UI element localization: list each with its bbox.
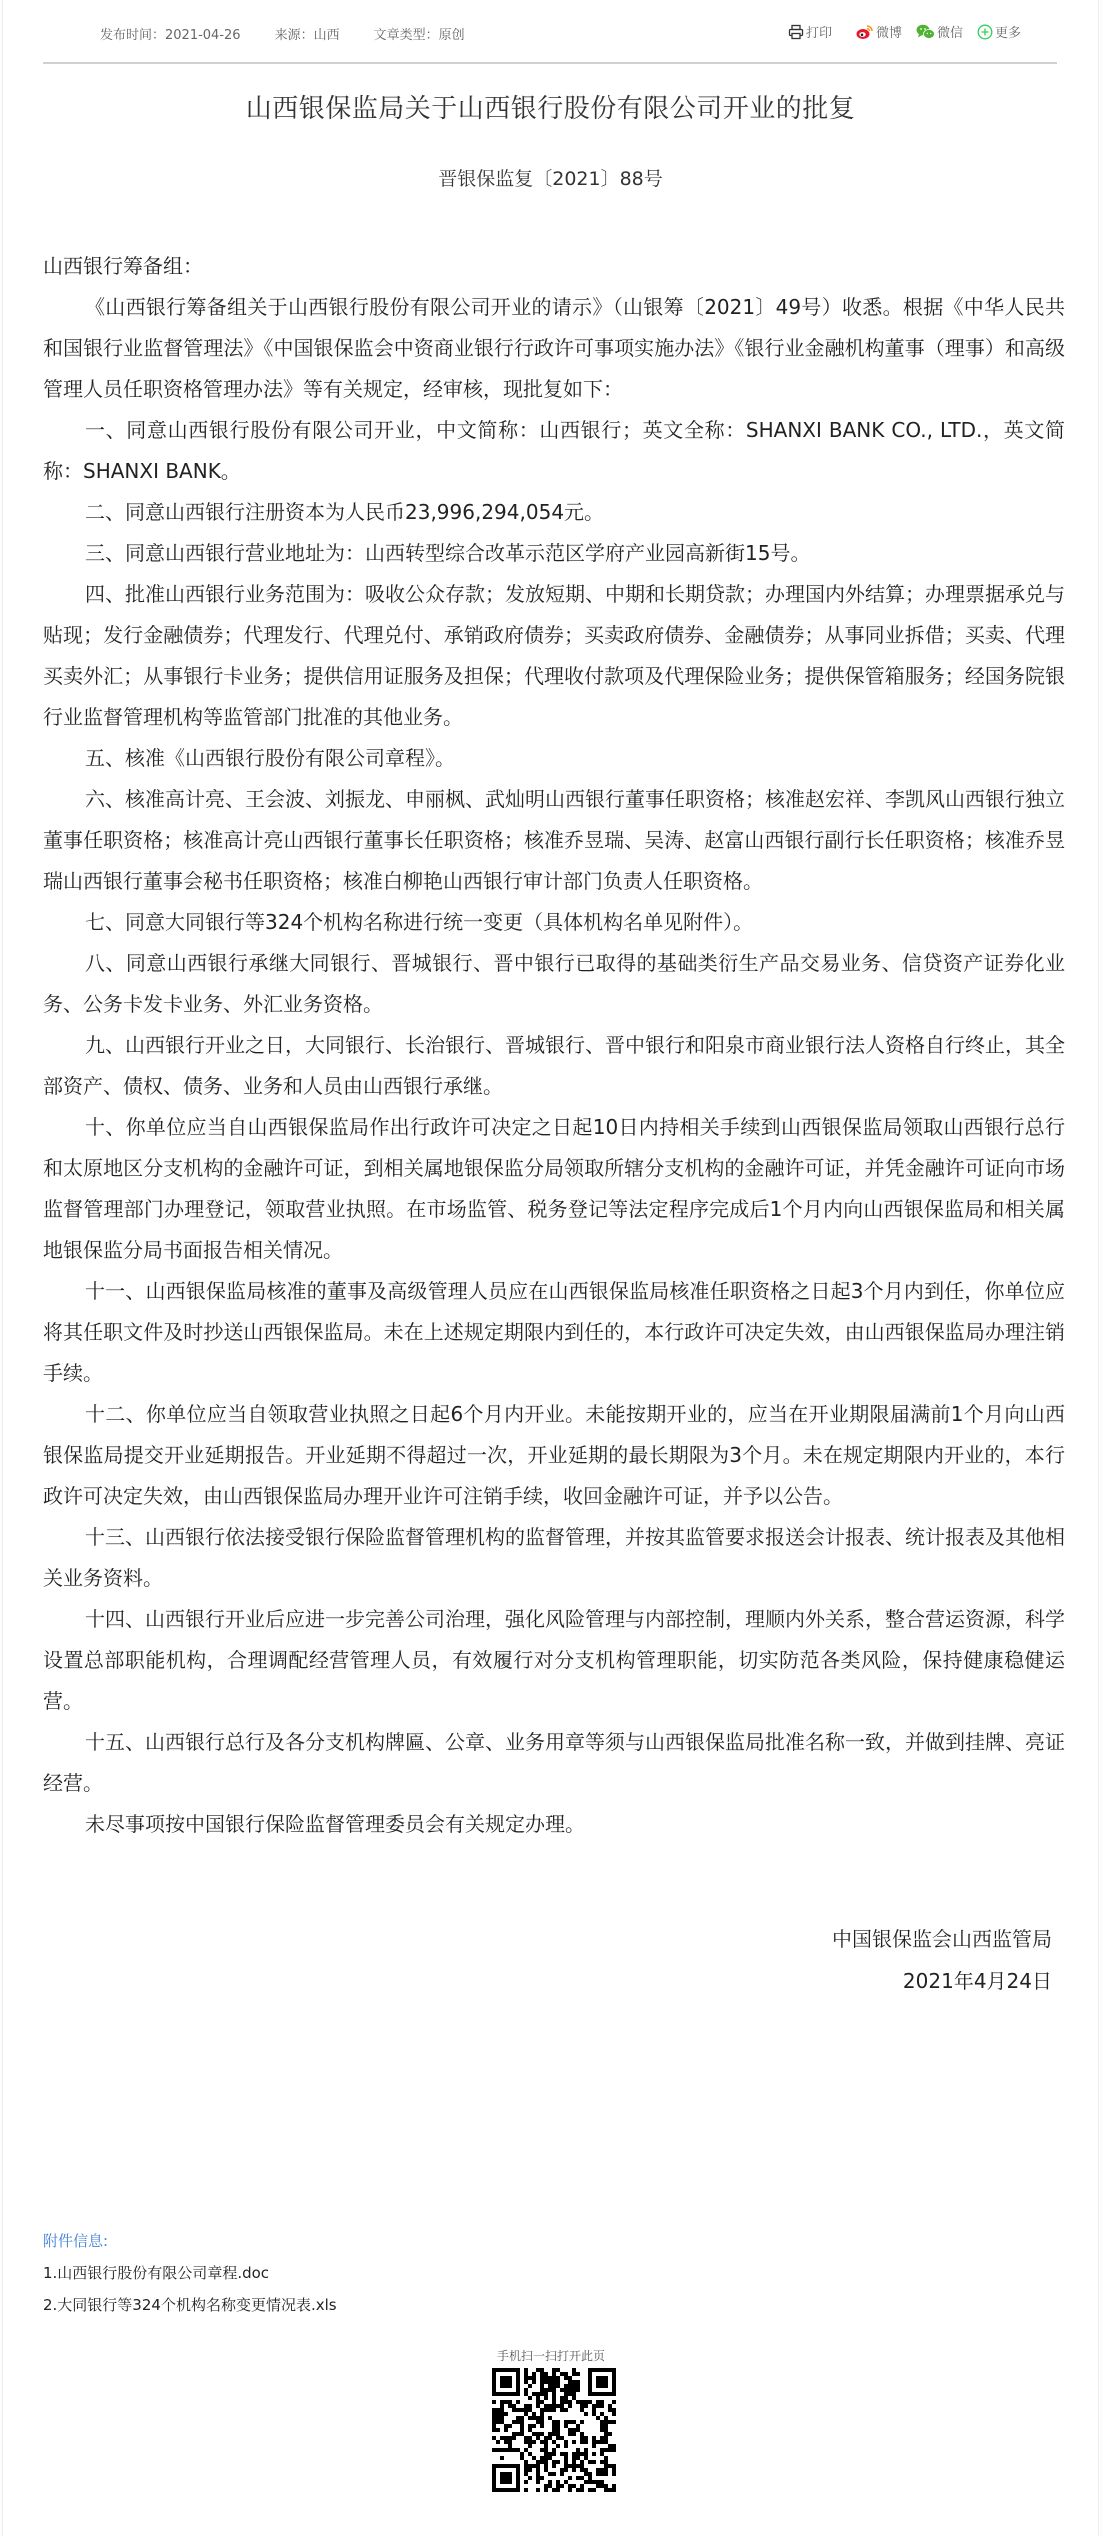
body-paragraph: 三、同意山西银行营业地址为：山西转型综合改革示范区学府产业园高新街15号。 xyxy=(43,533,1065,574)
body-paragraph: 八、同意山西银行承继大同银行、晋城银行、晋中银行已取得的基础类衍生产品交易业务、… xyxy=(43,943,1065,1025)
weibo-label: 微博 xyxy=(876,22,902,41)
body-paragraph: 九、山西银行开业之日，大同银行、长治银行、晋城银行、晋中银行和阳泉市商业银行法人… xyxy=(43,1025,1065,1107)
article-meta: 发布时间：2021-04-26 来源：山西 文章类型：原创 xyxy=(100,24,465,43)
qr-caption: 手机扫一扫打开此页 xyxy=(483,2347,619,2364)
more-share-button[interactable]: 更多 xyxy=(977,22,1021,41)
body-paragraph: 《山西银行筹备组关于山西银行股份有限公司开业的请示》（山银筹〔2021〕49号）… xyxy=(43,287,1065,410)
salutation: 山西银行筹备组： xyxy=(43,246,1065,287)
qr-section: 手机扫一扫打开此页 xyxy=(489,2347,619,2496)
plus-circle-icon xyxy=(977,24,993,40)
weibo-share-button[interactable]: 微博 xyxy=(856,22,902,41)
body-paragraph: 七、同意大同银行等324个机构名称进行统一变更（具体机构名单见附件）。 xyxy=(43,902,1065,943)
source: 来源：山西 xyxy=(275,24,340,43)
more-label: 更多 xyxy=(995,22,1021,41)
body-paragraph: 十三、山西银行依法接受银行保险监督管理机构的监督管理，并按其监管要求报送会计报表… xyxy=(43,1517,1065,1599)
wechat-icon xyxy=(916,24,935,40)
signature-block: 中国银保监会山西监管局 2021年4月24日 xyxy=(832,1918,1052,2002)
qr-code-image xyxy=(489,2368,619,2496)
printer-icon xyxy=(788,24,804,40)
publish-time: 发布时间：2021-04-26 xyxy=(100,24,241,43)
attachment-link-charter[interactable]: 1.山西银行股份有限公司章程.doc xyxy=(43,2257,337,2289)
body-paragraph: 未尽事项按中国银行保险监督管理委员会有关规定办理。 xyxy=(43,1804,1065,1845)
signature-date: 2021年4月24日 xyxy=(832,1960,1052,2002)
signature-org: 中国银保监会山西监管局 xyxy=(832,1918,1052,1960)
document-number: 晋银保监复〔2021〕88号 xyxy=(3,164,1098,191)
attachments-label: 附件信息: xyxy=(43,2225,337,2257)
body-paragraph: 二、同意山西银行注册资本为人民币23,996,294,054元。 xyxy=(43,492,1065,533)
meta-bar: 发布时间：2021-04-26 来源：山西 文章类型：原创 打印 xyxy=(43,0,1057,64)
body-paragraph: 一、同意山西银行股份有限公司开业，中文简称：山西银行；英文全称：SHANXI B… xyxy=(43,410,1065,492)
page-title: 山西银保监局关于山西银行股份有限公司开业的批复 xyxy=(3,88,1098,125)
page-container: 发布时间：2021-04-26 来源：山西 文章类型：原创 打印 xyxy=(2,0,1099,2536)
body-paragraph: 十一、山西银保监局核准的董事及高级管理人员应在山西银保监局核准任职资格之日起3个… xyxy=(43,1271,1065,1394)
wechat-label: 微信 xyxy=(937,22,963,41)
body-paragraph: 四、批准山西银行业务范围为：吸收公众存款；发放短期、中期和长期贷款；办理国内外结… xyxy=(43,574,1065,738)
body-paragraph: 五、核准《山西银行股份有限公司章程》。 xyxy=(43,738,1065,779)
article-type: 文章类型：原创 xyxy=(374,24,465,43)
wechat-share-button[interactable]: 微信 xyxy=(916,22,963,41)
weibo-icon xyxy=(856,24,874,40)
body-paragraph: 十、你单位应当自山西银保监局作出行政许可决定之日起10日内持相关手续到山西银保监… xyxy=(43,1107,1065,1271)
share-toolbar: 打印 微博 xyxy=(788,22,1021,41)
body-paragraph: 六、核准高计亮、王会波、刘振龙、申丽枫、武灿明山西银行董事任职资格；核准赵宏祥、… xyxy=(43,779,1065,902)
body-paragraph: 十五、山西银行总行及各分支机构牌匾、公章、业务用章等须与山西银保监局批准名称一致… xyxy=(43,1722,1065,1804)
body-paragraph: 十四、山西银行开业后应进一步完善公司治理，强化风险管理与内部控制，理顺内外关系，… xyxy=(43,1599,1065,1722)
attachments-section: 附件信息: 1.山西银行股份有限公司章程.doc 2.大同银行等324个机构名称… xyxy=(43,2225,337,2321)
body-paragraph: 十二、你单位应当自领取营业执照之日起6个月内开业。未能按期开业的，应当在开业期限… xyxy=(43,1394,1065,1517)
print-button[interactable]: 打印 xyxy=(788,22,832,41)
print-label: 打印 xyxy=(806,22,832,41)
attachment-link-name-change[interactable]: 2.大同银行等324个机构名称变更情况表.xls xyxy=(43,2289,337,2321)
document-body: 山西银行筹备组： 《山西银行筹备组关于山西银行股份有限公司开业的请示》（山银筹〔… xyxy=(43,246,1065,1845)
